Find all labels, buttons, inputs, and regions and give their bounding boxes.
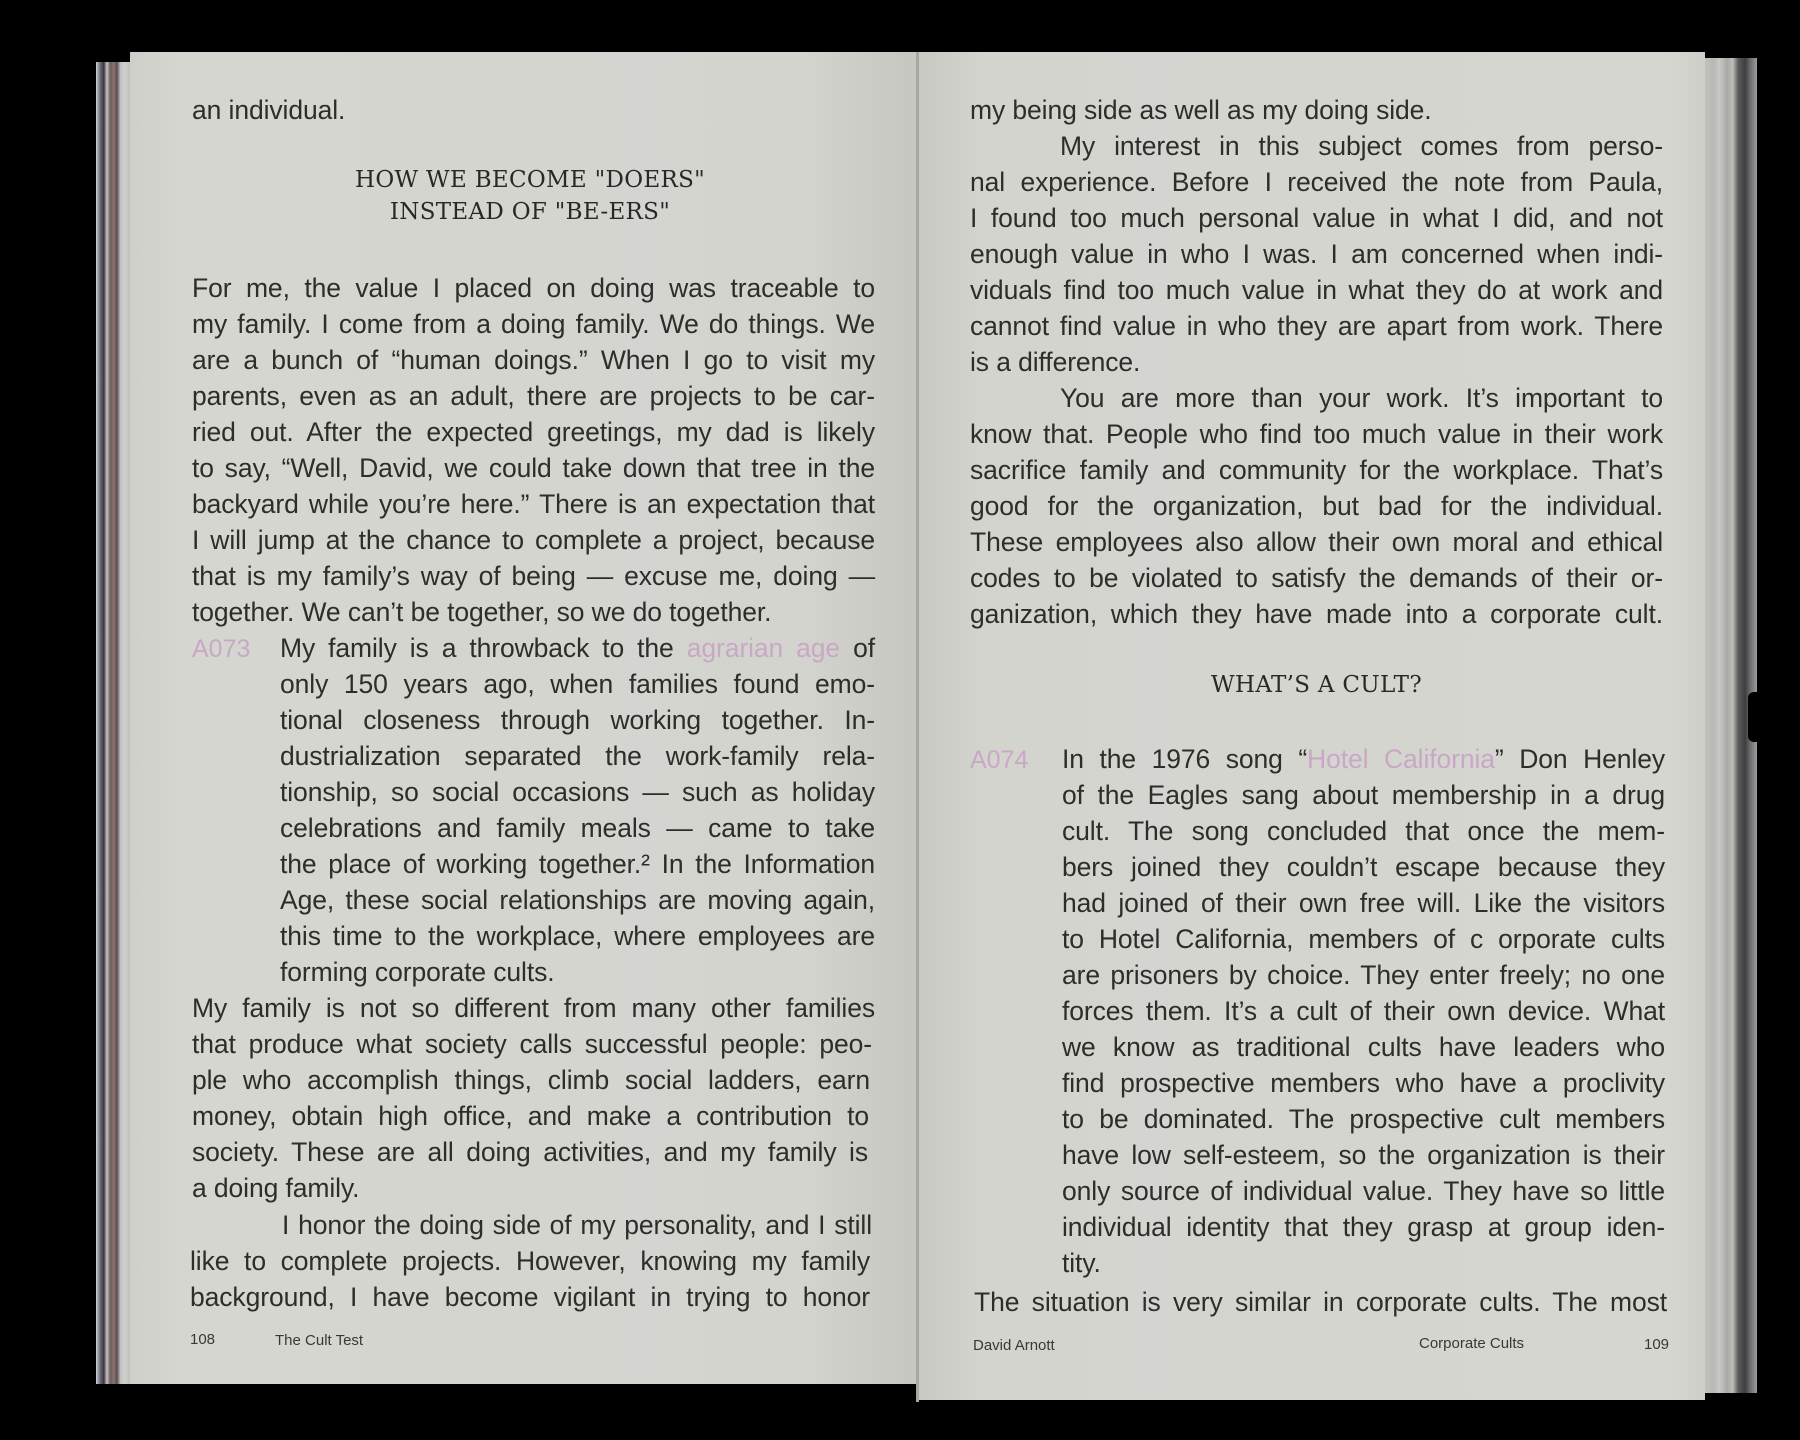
body-line: cannot find value in who they are apart … xyxy=(970,308,1663,344)
body-line: nal experience. Before I received the no… xyxy=(970,164,1663,200)
body-line: My interest in this subject comes from p… xyxy=(1060,128,1663,164)
text-span: of xyxy=(840,633,875,663)
body-line: forming corporate cults. xyxy=(280,954,555,990)
body-line: that is my family’s way of being — excus… xyxy=(192,558,875,594)
body-line: backyard while you’re here.” There is an… xyxy=(192,486,875,522)
body-line: that produce what society calls successf… xyxy=(192,1026,872,1062)
right-stack-notch xyxy=(1748,692,1760,742)
body-line: tional closeness through working togethe… xyxy=(280,702,875,738)
body-line: forces them. It’s a cult of their own de… xyxy=(1062,993,1665,1029)
reference-marker-a074[interactable]: A074 xyxy=(970,742,1028,778)
body-line: My family is not so different from many … xyxy=(192,990,875,1026)
body-line: Age, these social relationships are movi… xyxy=(280,882,875,918)
body-line: have low self-esteem, so the organizatio… xyxy=(1062,1137,1665,1173)
body-line: parents, even as an adult, there are pro… xyxy=(192,378,875,414)
body-line: I found too much personal value in what … xyxy=(970,200,1663,236)
body-line: my being side as well as my doing side. xyxy=(970,92,1432,128)
body-line: only 150 years ago, when families found … xyxy=(280,666,875,702)
body-line: ple who accomplish things, climb social … xyxy=(192,1062,870,1098)
body-line: a doing family. xyxy=(192,1170,359,1206)
text-span: In the 1976 song “ xyxy=(1062,744,1307,774)
body-line: only source of individual value. They ha… xyxy=(1062,1173,1665,1209)
text-span: ” Don Henley xyxy=(1495,744,1665,774)
body-line: find prospective members who have a proc… xyxy=(1062,1065,1665,1101)
body-line: tionship, so social occasions — such as … xyxy=(280,774,875,810)
body-line: good for the organization, but bad for t… xyxy=(970,488,1663,524)
body-line: I honor the doing side of my personality… xyxy=(282,1207,872,1243)
body-line: For me, the value I placed on doing was … xyxy=(192,270,875,306)
body-line: to say, “Well, David, we could take down… xyxy=(192,450,875,486)
body-line: are prisoners by choice. They enter free… xyxy=(1062,957,1665,993)
body-line: money, obtain high office, and make a co… xyxy=(192,1098,869,1134)
body-line: know that. People who find too much valu… xyxy=(970,416,1663,452)
body-line: I will jump at the chance to complete a … xyxy=(192,522,875,558)
reference-marker-a073[interactable]: A073 xyxy=(192,631,250,667)
page-number-left: 108 xyxy=(190,1331,215,1348)
running-author-right: David Arnott xyxy=(973,1337,1055,1354)
body-line: codes to be violated to satisfy the dema… xyxy=(970,560,1663,596)
body-line: tity. xyxy=(1062,1245,1101,1281)
reference-link-hotel-california[interactable]: Hotel California xyxy=(1307,744,1495,774)
left-page-stack xyxy=(96,62,132,1384)
book-gutter xyxy=(916,52,919,1402)
body-line: we know as traditional cults have leader… xyxy=(1062,1029,1665,1065)
body-line: celebrations and family meals — came to … xyxy=(280,810,875,846)
body-line: background, I have become vigilant in tr… xyxy=(190,1279,870,1315)
body-line: the place of working together.² In the I… xyxy=(280,846,875,882)
body-line: bers joined they couldn’t escape because… xyxy=(1062,849,1665,885)
body-line: are a bunch of “human doings.” When I go… xyxy=(192,342,875,378)
body-line: ganization, which they have made into a … xyxy=(970,596,1663,632)
page-number-right: 109 xyxy=(1644,1336,1669,1353)
body-line: viduals find too much value in what they… xyxy=(970,272,1663,308)
body-line: individual identity that they grasp at g… xyxy=(1062,1209,1665,1245)
body-line: together. We can’t be together, so we do… xyxy=(192,594,771,630)
body-line: enough value in who I was. I am concerne… xyxy=(970,236,1663,272)
running-title-left: The Cult Test xyxy=(275,1332,363,1349)
body-line: is a difference. xyxy=(970,344,1140,380)
body-line: cult. The song concluded that once the m… xyxy=(1062,813,1665,849)
body-line: an individual. xyxy=(192,92,345,128)
section-heading: WHAT’S A CULT? xyxy=(970,672,1663,698)
running-chapter-right: Corporate Cults xyxy=(1419,1335,1524,1352)
body-line: sacrifice family and community for the w… xyxy=(970,452,1663,488)
body-line: These employees also allow their own mor… xyxy=(970,524,1663,560)
body-line: You are more than your work. It’s import… xyxy=(1060,380,1663,416)
body-line: like to complete projects. However, know… xyxy=(190,1243,870,1279)
body-line-with-link: My family is a throwback to the agrarian… xyxy=(280,630,875,666)
body-line: ried out. After the expected greetings, … xyxy=(192,414,875,450)
section-heading-line-2: INSTEAD OF "BE-ERS" xyxy=(192,199,868,225)
body-line: of the Eagles sang about membership in a… xyxy=(1062,777,1665,813)
body-line: my family. I come from a doing family. W… xyxy=(192,306,875,342)
body-line: to Hotel California, members of c orpora… xyxy=(1062,921,1665,957)
body-line-with-link: In the 1976 song “Hotel California” Don … xyxy=(1062,741,1665,777)
body-line: to be dominated. The prospective cult me… xyxy=(1062,1101,1665,1137)
text-span: My family is a throwback to the xyxy=(280,633,687,663)
body-line: dustrialization separated the work-famil… xyxy=(280,738,875,774)
reference-link-agrarian-age[interactable]: agrarian age xyxy=(687,633,840,663)
body-line: The situation is very similar in corpora… xyxy=(974,1284,1667,1320)
section-heading-line-1: HOW WE BECOME "DOERS" xyxy=(192,167,868,193)
body-line: had joined of their own free will. Like … xyxy=(1062,885,1665,921)
open-book: an individual. HOW WE BECOME "DOERS" INS… xyxy=(0,0,1800,1440)
body-line: society. These are all doing activities,… xyxy=(192,1134,868,1170)
body-line: this time to the workplace, where employ… xyxy=(280,918,875,954)
